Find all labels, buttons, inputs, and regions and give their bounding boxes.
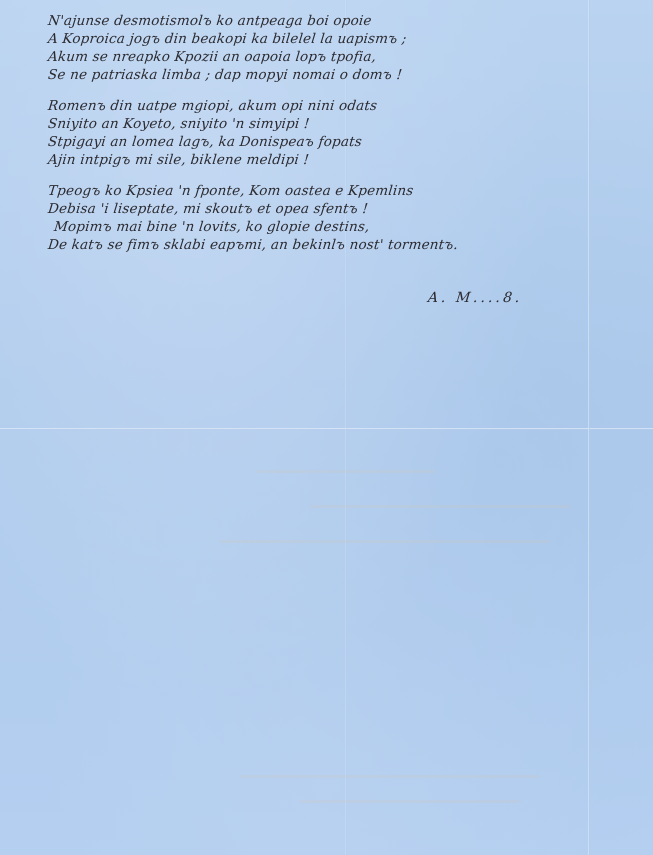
manuscript-page: N'ajunse desmotismolъ ko antpeaga boi op…	[0, 0, 653, 855]
stanza-3: Tpeogъ ko Kpsiea 'n fponte, Kom oastea e…	[48, 182, 608, 254]
poem-line: Tpeogъ ko Kpsiea 'n fponte, Kom oastea e…	[47, 182, 609, 200]
poem-line: Akum se nreapko Kpozii an oapoia lopъ tp…	[47, 48, 609, 66]
horizontal-fold-line	[0, 428, 653, 430]
poem-line: Romenъ din uatpe mgiopi, akum opi nini o…	[47, 97, 609, 115]
author-signature: A. M....8.	[427, 290, 523, 306]
poem-line: Ajin intpigъ mi sile, biklene meldipi !	[47, 151, 609, 169]
stanza-1: N'ajunse desmotismolъ ko antpeaga boi op…	[48, 12, 608, 84]
bleed-through-mark	[220, 540, 550, 543]
bleed-through-mark	[240, 775, 540, 778]
poem-line: De katъ se fimъ sklabi eapъmi, an bekinl…	[47, 236, 609, 254]
bleed-through-mark	[300, 800, 520, 803]
poem-line: Mopimъ mai bine 'n lovits, ko glopie des…	[47, 218, 609, 236]
stanza-2: Romenъ din uatpe mgiopi, akum opi nini o…	[48, 97, 608, 169]
poem-line: Sniyito an Koyeto, sniyito 'n simyipi !	[47, 115, 609, 133]
bleed-through-mark	[255, 470, 435, 473]
poem-line: N'ajunse desmotismolъ ko antpeaga boi op…	[47, 12, 609, 30]
poem-line: A Koproica jogъ din beakopi ka bilelel l…	[47, 30, 609, 48]
poem-text: N'ajunse desmotismolъ ko antpeaga boi op…	[48, 12, 608, 267]
poem-line: Stpigayi an lomea lagъ, ka Donispeaъ fop…	[47, 133, 609, 151]
poem-line: Se ne patriaska limba ; dap mopyi nomai …	[47, 66, 609, 84]
poem-line: Debisa 'i liseptate, mi skoutъ et opea s…	[47, 200, 609, 218]
bleed-through-mark	[310, 505, 570, 508]
